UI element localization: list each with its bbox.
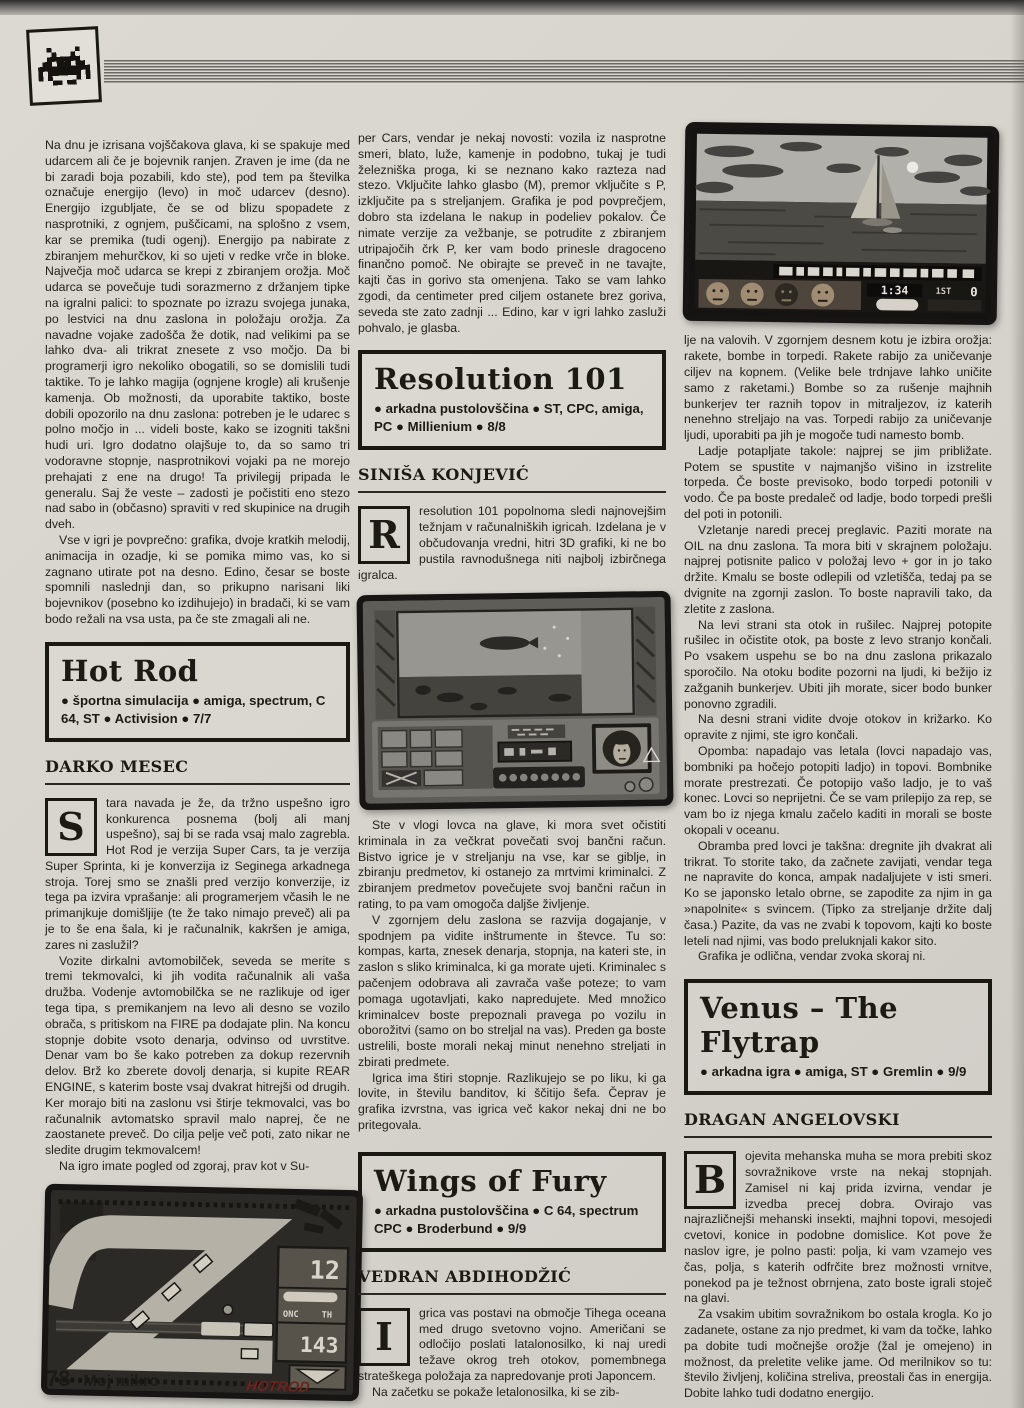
review-meta: ● arkadna pustolovščina ● ST, CPC, amiga… (374, 400, 650, 436)
review-box-resolution-101: Resolution 101 ● arkadna pustolovščina ●… (358, 350, 666, 450)
paragraph: Opomba: napadajo vas letala (lovci napad… (684, 744, 992, 839)
screenshot-sailing-game: 1:34 1ST 0 (683, 122, 1000, 326)
resolution-101-game-screen (363, 597, 668, 804)
hot-rod-game-screen: 12 ONC TH 143 HOTROD (47, 1190, 357, 1396)
magazine-name: Moj mikro (83, 1373, 159, 1391)
review-lead-resolution-101: Rresolution 101 popolnoma sledi najnovej… (358, 504, 666, 583)
page-edge-shadow (1010, 0, 1024, 1408)
author-byline: DARKO MESEC (45, 757, 350, 785)
paragraph: Igrica ima štiri stopnje. Razlikujejo se… (358, 1071, 666, 1134)
review-body-venus-flytrap: Bojevita mehanska muha se mora prebiti s… (684, 1149, 992, 1402)
review-box-hot-rod: Hot Rod ● športna simulacija ● amiga, sp… (45, 642, 350, 742)
paragraph: Za vsakim ubitim sovražnikom bo ostala k… (684, 1307, 992, 1402)
review-meta: ● športna simulacija ● amiga, spectrum, … (61, 692, 334, 728)
page-number: 78 (46, 1366, 70, 1392)
hud-label-b: TH (322, 1310, 333, 1320)
paragraph: Ladje potapljate takole: najprej se jim … (684, 444, 992, 523)
paragraph: Na dnu je izrisana vojščakova glava, ki … (45, 138, 350, 533)
paragraph: Na začetku se pokaže letalonosilka, ki s… (358, 1385, 666, 1401)
review-body-wings-continued: lje na valovih. V zgornjem desnem kotu j… (684, 333, 992, 965)
paragraph: Vse v igri je povprečno: grafika, dvoje … (45, 533, 350, 628)
dropcap: S (45, 798, 97, 856)
review-body-wings-of-fury: Igrica vas postavi na območje Tihega oce… (358, 1306, 666, 1401)
review-title: Hot Rod (61, 654, 334, 688)
review-title: Venus – The Flytrap (700, 991, 976, 1059)
hud-position: 1ST (936, 287, 952, 297)
review-body-resolution-101: Ste v vlogi lovca na glave, ki mora svet… (358, 818, 666, 1134)
page-footer: 78 Moj mikro (46, 1366, 159, 1392)
column-right: 1:34 1ST 0 lje na valovih. V zgornjem de… (684, 124, 992, 1402)
paragraph: Na igro imate pogled od zgoraj, prav kot… (45, 1159, 350, 1175)
paragraph: V zgornjem delu zaslona se razvija dogaj… (358, 913, 666, 1071)
paragraph: Ste v vlogi lovca na glave, ki mora svet… (358, 818, 666, 913)
column-middle: per Cars, vendar je nekaj novosti: vozil… (358, 131, 666, 1401)
paragraph: Vzletanje naredi precej preglavic. Pazit… (684, 523, 992, 618)
hotrod-logo-text: HOTROD (245, 1378, 311, 1395)
hud-number-top: 12 (309, 1255, 340, 1285)
games-section-logo (26, 26, 102, 106)
magazine-page: Na dnu je izrisana vojščakova glava, ki … (0, 0, 1024, 1408)
hud-label-a: ONC (283, 1310, 299, 1320)
paragraph: Na levi strani sta otok in rušilec. Najp… (684, 618, 992, 713)
dropcap: B (684, 1151, 736, 1209)
hud-number-bottom: 143 (300, 1333, 339, 1359)
article-continuation-text: Na dnu je izrisana vojščakova glava, ki … (45, 138, 350, 628)
screenshot-resolution-101 (357, 591, 674, 810)
review-title: Wings of Fury (374, 1164, 650, 1198)
review-body-hot-rod: Stara navada je že, da tržno uspešno igr… (45, 796, 350, 1175)
author-byline: VEDRAN ABDIHODŽIĆ (358, 1267, 666, 1295)
space-invader-icon (37, 46, 91, 87)
paragraph: Na desni strani vidite dvoje otokov in k… (684, 712, 992, 744)
column-left: Na dnu je izrisana vojščakova glava, ki … (45, 138, 350, 1398)
header-rule-band (104, 60, 1024, 83)
review-title: Resolution 101 (374, 362, 650, 396)
review-box-venus-flytrap: Venus – The Flytrap ● arkadna igra ● ami… (684, 979, 992, 1095)
hud-score: 0 (970, 284, 978, 299)
page-top-scan-edge (0, 0, 1024, 15)
author-byline: SINIŠA KONJEVIĆ (358, 465, 666, 493)
author-byline: DRAGAN ANGELOVSKI (684, 1110, 992, 1138)
review-meta: ● arkadna pustolovščina ● C 64, spectrum… (374, 1202, 650, 1238)
paragraph: lje na valovih. V zgornjem desnem kotu j… (684, 333, 992, 444)
paragraph: Grafika je odlična, vendar zvoka skoraj … (684, 949, 992, 965)
hud-timer: 1:34 (881, 283, 909, 297)
review-meta: ● arkadna igra ● amiga, ST ● Gremlin ● 9… (700, 1063, 976, 1081)
paragraph: Vozite dirkalni avtomobilček, seveda se … (45, 954, 350, 1159)
dropcap: R (358, 506, 410, 564)
paragraph: Obramba pred lovci je takšna: dregnite j… (684, 839, 992, 950)
hot-rod-continued-text: per Cars, vendar je nekaj novosti: vozil… (358, 131, 666, 336)
paragraph: per Cars, vendar je nekaj novosti: vozil… (358, 131, 666, 336)
dropcap: I (358, 1308, 410, 1366)
review-box-wings-of-fury: Wings of Fury ● arkadna pustolovščina ● … (358, 1152, 666, 1252)
sailing-game-screen: 1:34 1ST 0 (689, 128, 994, 320)
